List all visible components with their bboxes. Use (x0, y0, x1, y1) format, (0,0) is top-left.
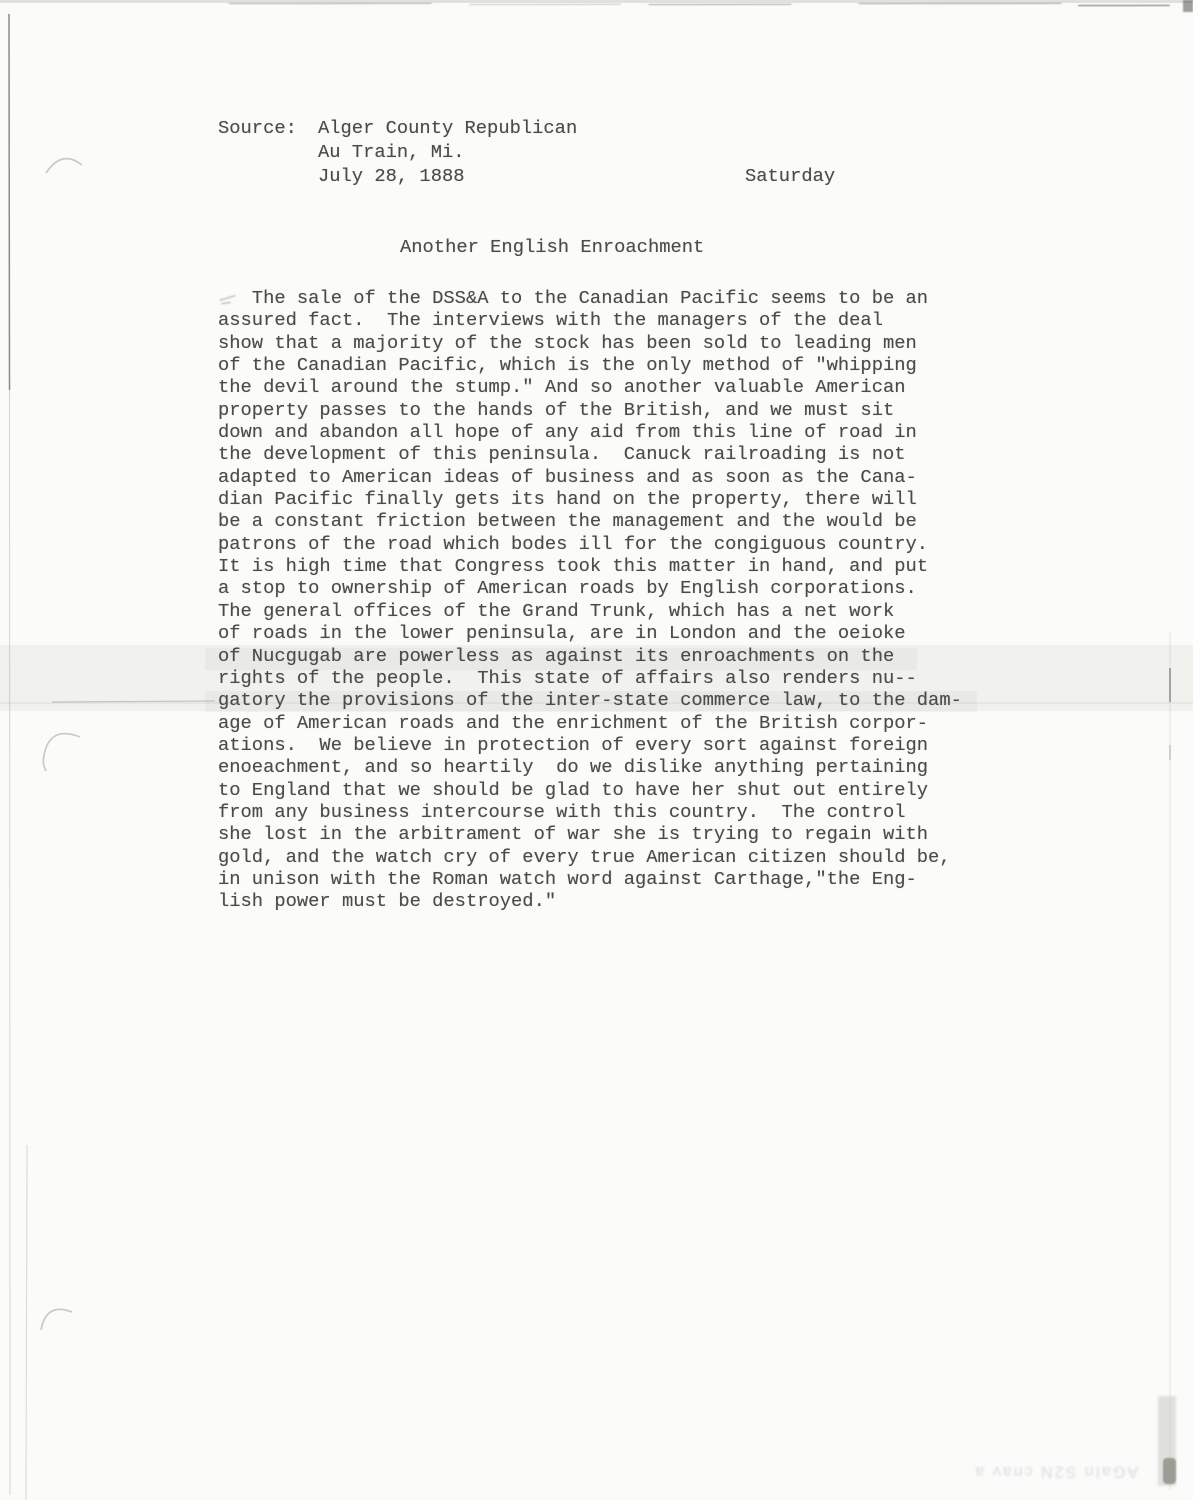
punch-hole-arcs (41, 159, 82, 1330)
article-title: Another English Enroachment (400, 236, 704, 258)
bleed-through-text: AGaIn S2N cnav a (928, 1462, 1138, 1480)
top-edge-smudge (0, 0, 1193, 12)
source-date: July 28, 1888 (318, 165, 465, 187)
source-day: Saturday (745, 165, 835, 187)
scanned-document-page: Source: Alger County Republican Au Train… (0, 0, 1193, 1500)
punch-hole-arc-bottom (41, 1309, 72, 1330)
source-label: Source: (218, 117, 297, 139)
article-body: The sale of the DSS&A to the Canadian Pa… (218, 287, 962, 913)
bottom-right-streak (1158, 1396, 1176, 1486)
left-edge-line (9, 14, 27, 1500)
source-location: Au Train, Mi. (318, 141, 465, 163)
source-name: Alger County Republican (318, 117, 577, 139)
punch-hole-arc-top (46, 159, 82, 173)
punch-hole-arc-middle (43, 734, 80, 771)
